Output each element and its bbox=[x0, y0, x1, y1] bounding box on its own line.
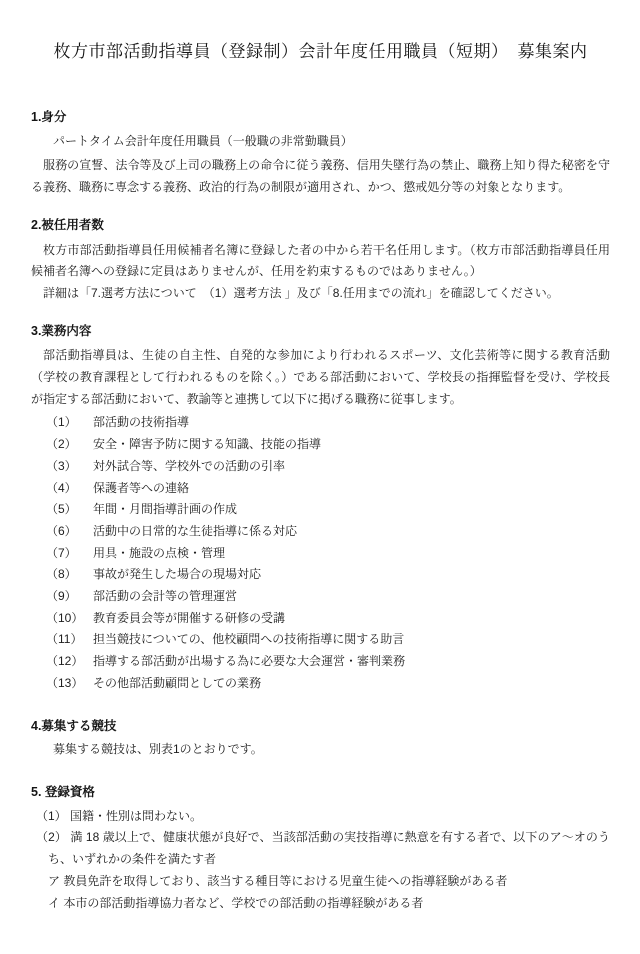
duty-item: （8）事故が発生した場合の現場対応 bbox=[46, 564, 610, 586]
text-line: 募集する競技は、別表1のとおりです。 bbox=[53, 739, 610, 761]
item-marker: （6） bbox=[46, 521, 93, 543]
item-marker: （3） bbox=[46, 456, 93, 478]
paragraph: 詳細は「7.選考方法について （1）選考方法 」及び「8.任用までの流れ」を確認… bbox=[31, 283, 610, 305]
eligibility-item: （1） 国籍・性別は問わない。 bbox=[36, 806, 610, 828]
duty-item: （5）年間・月間指導計画の作成 bbox=[46, 499, 610, 521]
duty-item: （3）対外試合等、学校外での活動の引率 bbox=[46, 456, 610, 478]
item-marker: （9） bbox=[46, 586, 93, 608]
duty-item: （9）部活動の会計等の管理運営 bbox=[46, 586, 610, 608]
duty-item: （10）教育委員会等が開催する研修の受講 bbox=[46, 608, 610, 630]
section-status: 1.身分パートタイム会計年度任用職員（一般職の非常勤職員）服務の宣誓、法令等及び… bbox=[31, 107, 610, 199]
item-text: 用具・施設の点検・管理 bbox=[93, 543, 225, 565]
section-sports: 4.募集する競技募集する競技は、別表1のとおりです。 bbox=[31, 716, 610, 761]
duty-item: （1）部活動の技術指導 bbox=[46, 412, 610, 434]
eligibility-item: （2） 満 18 歳以上で、健康状態が良好で、当該部活動の実技指導に熱意を有する… bbox=[36, 827, 610, 870]
item-marker: （12） bbox=[46, 651, 93, 673]
item-text: 保護者等への連絡 bbox=[93, 478, 189, 500]
duty-item: （12）指導する部活動が出場する為に必要な大会運営・審判業務 bbox=[46, 651, 610, 673]
duty-item: （4）保護者等への連絡 bbox=[46, 478, 610, 500]
section-heading-sports: 4.募集する競技 bbox=[31, 716, 610, 738]
item-text: 事故が発生した場合の現場対応 bbox=[93, 564, 261, 586]
item-marker: （13） bbox=[46, 673, 93, 695]
paragraph: 部活動指導員は、生徒の自主性、自発的な参加により行われるスポーツ、文化芸術等に関… bbox=[31, 345, 610, 410]
document-sections: 1.身分パートタイム会計年度任用職員（一般職の非常勤職員）服務の宣誓、法令等及び… bbox=[31, 107, 610, 914]
eligibility-subitem: イ 本市の部活動指導協力者など、学校での部活動の指導経験がある者 bbox=[48, 893, 610, 915]
item-text: 指導する部活動が出場する為に必要な大会運営・審判業務 bbox=[93, 651, 405, 673]
item-text: その他部活動顧問としての業務 bbox=[93, 673, 261, 695]
item-text: 対外試合等、学校外での活動の引率 bbox=[93, 456, 285, 478]
section-heading-duties: 3.業務内容 bbox=[31, 321, 610, 343]
paragraph: 枚方市部活動指導員任用候補者名簿に登録した者の中から若干名任用します。（枚方市部… bbox=[31, 240, 610, 283]
item-marker: （8） bbox=[46, 564, 93, 586]
duty-item: （7）用具・施設の点検・管理 bbox=[46, 543, 610, 565]
item-marker: （1） bbox=[46, 412, 93, 434]
document-page: 枚方市部活動指導員（登録制）会計年度任用職員（短期） 募集案内 1.身分パートタ… bbox=[0, 0, 640, 954]
item-marker: （10） bbox=[46, 608, 93, 630]
item-marker: （2） bbox=[46, 434, 93, 456]
duty-item: （6）活動中の日常的な生徒指導に係る対応 bbox=[46, 521, 610, 543]
paragraph: 服務の宣誓、法令等及び上司の職務上の命令に従う義務、信用失墜行為の禁止、職務上知… bbox=[31, 155, 610, 198]
duty-item: （2）安全・障害予防に関する知識、技能の指導 bbox=[46, 434, 610, 456]
section-appointees: 2.被任用者数枚方市部活動指導員任用候補者名簿に登録した者の中から若干名任用しま… bbox=[31, 215, 610, 305]
document-title: 枚方市部活動指導員（登録制）会計年度任用職員（短期） 募集案内 bbox=[31, 40, 610, 64]
item-text: 安全・障害予防に関する知識、技能の指導 bbox=[93, 434, 321, 456]
item-text: 部活動の会計等の管理運営 bbox=[93, 586, 237, 608]
section-heading-eligibility: 5. 登録資格 bbox=[31, 782, 610, 804]
item-marker: （5） bbox=[46, 499, 93, 521]
text-line: パートタイム会計年度任用職員（一般職の非常勤職員） bbox=[53, 131, 610, 153]
eligibility-subitem: ア 教員免許を取得しており、該当する種目等における児童生徒への指導経験がある者 bbox=[48, 871, 610, 893]
duty-item: （11）担当競技についての、他校顧問への技術指導に関する助言 bbox=[46, 629, 610, 651]
item-marker: （7） bbox=[46, 543, 93, 565]
section-duties: 3.業務内容部活動指導員は、生徒の自主性、自発的な参加により行われるスポーツ、文… bbox=[31, 321, 610, 695]
item-text: 年間・月間指導計画の作成 bbox=[93, 499, 237, 521]
section-eligibility: 5. 登録資格（1） 国籍・性別は問わない。（2） 満 18 歳以上で、健康状態… bbox=[31, 782, 610, 914]
item-text: 部活動の技術指導 bbox=[93, 412, 189, 434]
duty-item: （13）その他部活動顧問としての業務 bbox=[46, 673, 610, 695]
item-text: 教育委員会等が開催する研修の受講 bbox=[93, 608, 285, 630]
item-marker: （11） bbox=[46, 629, 93, 651]
section-heading-appointees: 2.被任用者数 bbox=[31, 215, 610, 237]
item-marker: （4） bbox=[46, 478, 93, 500]
item-text: 活動中の日常的な生徒指導に係る対応 bbox=[93, 521, 297, 543]
item-text: 担当競技についての、他校顧問への技術指導に関する助言 bbox=[93, 629, 404, 651]
section-heading-status: 1.身分 bbox=[31, 107, 610, 129]
